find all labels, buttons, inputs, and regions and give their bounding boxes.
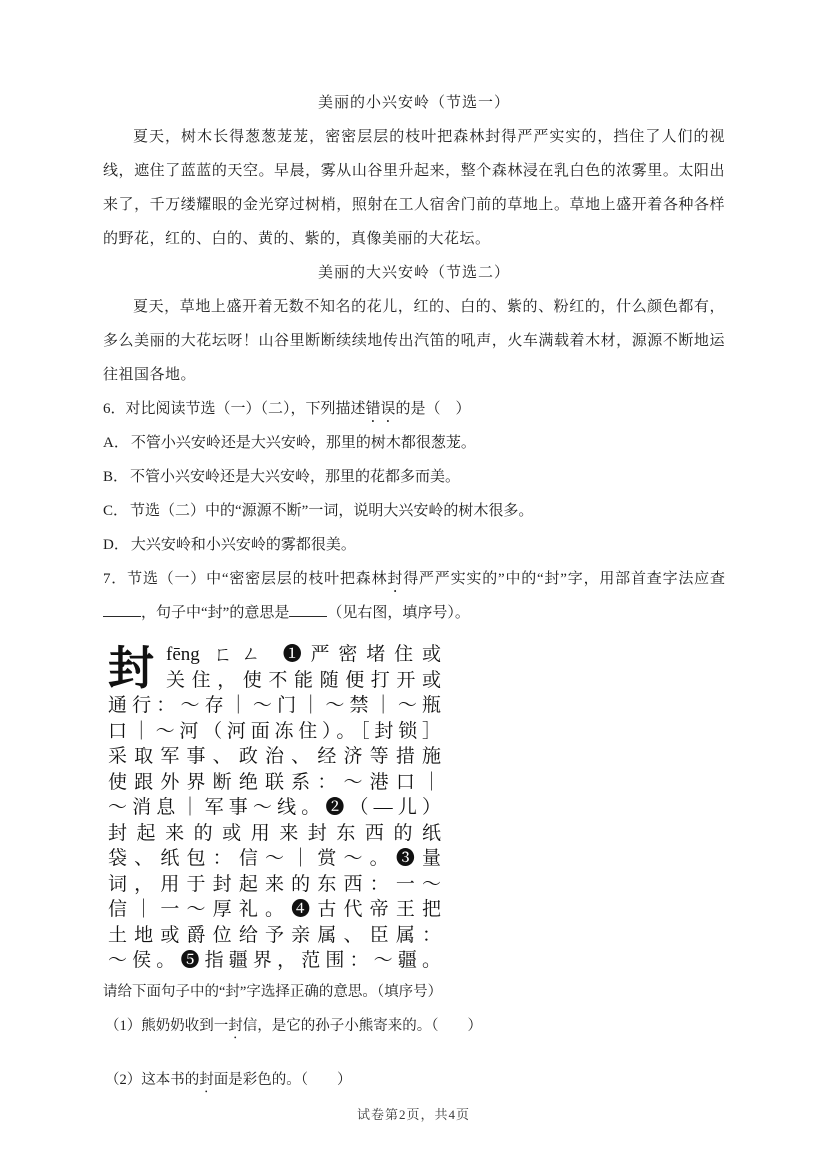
question-7-mid2: ，句子中“封”的意思是	[141, 605, 289, 621]
question-7-emphasized-char: 封	[387, 571, 403, 587]
dictionary-line: 采取军事、政治、经济等措施	[108, 744, 441, 770]
question-6-stem: 6．对比阅读节选（一）（二），下列描述错误的是（ ）	[103, 392, 725, 426]
dictionary-line: 土地或爵位给予亲属、臣属：	[108, 923, 441, 949]
answer-blank-2	[289, 601, 327, 617]
question-7-stem: 7．节选（一）中“密密层层的枝叶把森林封得严严实实的”中的“封”字，用部首查字法…	[103, 562, 725, 630]
test-paper-page: 美丽的小兴安岭（节选一） 夏天，树木长得葱葱茏茏，密密层层的枝叶把森林封得严严实…	[0, 0, 827, 1169]
question-6-option-b: B．不管小兴安岭还是大兴安岭，那里的花都多而美。	[103, 460, 725, 494]
option-b-text: 不管小兴安岭还是大兴安岭，那里的花都多而美。	[130, 469, 460, 485]
passage-title-2: 美丽的大兴安岭（节选二）	[103, 256, 725, 290]
subquestion-2-pre: （2）这本书的	[105, 1072, 199, 1088]
dictionary-line: 使跟外界断绝联系：～港口｜	[108, 770, 441, 796]
question-6-emphasized-word: 错误	[366, 401, 396, 417]
option-b-label: B．	[103, 469, 128, 485]
dictionary-line: fēng ㄈㄥ ❶严密堵住或	[108, 642, 441, 668]
subquestion-2-emphasized-char: 封	[199, 1072, 214, 1088]
question-7-pre: 7．节选（一）中“密密层层的枝叶把森林	[103, 571, 387, 587]
question-6-stem-post: 的是（ ）	[396, 401, 471, 417]
option-a-label: A．	[103, 435, 129, 451]
dictionary-line: 信｜一～厚礼。❹古代帝王把	[108, 897, 441, 923]
page-footer: 试卷第2页，共4页	[0, 1104, 827, 1123]
subquestion-1-pre: （1）熊奶奶收到一	[105, 1018, 228, 1034]
dictionary-line: ～侯。❺指疆界，范围：～疆。	[108, 948, 441, 974]
dictionary-line: 通行：～存｜～门｜～禁｜～瓶	[108, 693, 441, 719]
dictionary-line: 词，用于封起来的东西：一～	[108, 872, 441, 898]
subquestion-1-post: 信，是它的孙子小熊寄来的。（ ）	[243, 1018, 482, 1034]
subquestion-instruction: 请给下面句子中的“封”字选择正确的意思。（填序号）	[103, 982, 725, 1002]
dictionary-line: 口｜～河（河面冻住）。［封锁］	[108, 719, 441, 745]
dictionary-excerpt-image: 封 fēng ㄈㄥ ❶严密堵住或 关住，使不能随便打开或 通行：～存｜～门｜～禁…	[108, 642, 441, 974]
subquestion-2: （2）这本书的封面是彩色的。（ ）	[105, 1070, 725, 1096]
subquestion-2-post: 面是彩色的。（ ）	[214, 1072, 352, 1088]
answer-blank-1	[103, 601, 141, 617]
document-body: 美丽的小兴安岭（节选一） 夏天，树木长得葱葱茏茏，密密层层的枝叶把森林封得严严实…	[103, 0, 725, 1096]
question-6-option-a: A．不管小兴安岭还是大兴安岭，那里的树木都很葱茏。	[103, 426, 725, 460]
option-a-text: 不管小兴安岭还是大兴安岭，那里的树木都很葱茏。	[131, 435, 476, 451]
question-6-option-d: D．大兴安岭和小兴安岭的雾都很美。	[103, 528, 725, 562]
option-c-label: C．	[103, 503, 128, 519]
passage-text-1: 夏天，树木长得葱葱茏茏，密密层层的枝叶把森林封得严严实实的，挡住了人们的视线，遮…	[103, 120, 725, 256]
passage-title-1: 美丽的小兴安岭（节选一）	[103, 86, 725, 120]
dictionary-line: 封起来的或用来封东西的纸	[108, 821, 441, 847]
dictionary-headword: 封	[108, 645, 154, 693]
question-6-stem-pre: 6．对比阅读节选（一）（二），下列描述	[103, 401, 366, 417]
question-6-option-c: C．节选（二）中的“源源不断”一词，说明大兴安岭的树木很多。	[103, 494, 725, 528]
question-7-tail: （见右图，填序号）。	[327, 605, 470, 621]
option-c-text: 节选（二）中的“源源不断”一词，说明大兴安岭的树木很多。	[130, 503, 533, 519]
dictionary-line: 关住，使不能随便打开或	[108, 668, 441, 694]
dictionary-line: ～消息｜军事～线。❷（—儿）	[108, 795, 441, 821]
question-7-mid1: 得严严实实的”中的“封”字，用部首查字法应查	[403, 571, 725, 587]
option-d-text: 大兴安岭和小兴安岭的雾都很美。	[131, 537, 356, 553]
subquestion-1: （1）熊奶奶收到一封信，是它的孙子小熊寄来的。（ ）	[105, 1016, 725, 1042]
subquestion-1-emphasized-char: 封	[228, 1018, 243, 1034]
option-d-label: D．	[103, 537, 129, 553]
passage-text-2: 夏天，草地上盛开着无数不知名的花儿，红的、白的、紫的、粉红的，什么颜色都有，多么…	[103, 290, 725, 392]
dictionary-line: 袋、纸包：信～｜赏～。❸量	[108, 846, 441, 872]
